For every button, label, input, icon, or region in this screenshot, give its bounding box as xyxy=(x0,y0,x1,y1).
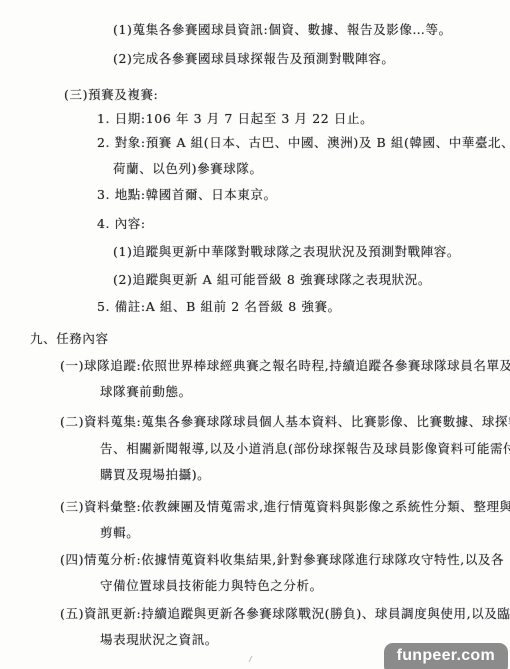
doc-line: (四)情蒐分析:依據情蒐資料收集結果,針對參賽球隊進行球隊攻守特性,以及各 xyxy=(60,550,504,568)
doc-line: (五)資訊更新:持續追蹤與更新各參賽球隊戰況(勝負)、球員調度與使用,以及臨 xyxy=(60,604,510,622)
doc-line: 4. 內容: xyxy=(97,214,146,232)
doc-line: (三)資料彙整:依教練團及情蒐需求,進行情蒐資料與影像之系統性分類、整理與 xyxy=(60,497,510,515)
doc-line: 1. 日期:106 年 3 月 7 日起至 3 月 22 日止。 xyxy=(97,109,373,127)
doc-line: (1)蒐集各參賽國球員資訊:個資、數據、報告及影像…等。 xyxy=(113,20,452,38)
page-number-fragment xyxy=(249,656,257,662)
doc-line: 2. 對象:預賽 A 組(日本、古巴、中國、澳洲)及 B 組(韓國、中華臺北、 xyxy=(97,133,510,151)
watermark-badge: funpeer.com xyxy=(384,643,508,669)
doc-line: (二)資料蒐集:蒐集各參賽球隊球員個人基本資料、比賽影像、比賽數據、球探報 xyxy=(60,412,510,430)
doc-line: 購買及現場拍攝)。 xyxy=(100,465,210,483)
doc-line: 場表現狀況之資訊。 xyxy=(100,630,218,648)
doc-line: 球隊賽前動態。 xyxy=(100,382,192,400)
section-heading: (三)預賽及複賽: xyxy=(64,85,158,103)
doc-line: 剪輯。 xyxy=(100,523,139,541)
doc-line: 告、相關新聞報導,以及小道消息(部份球探報告及球員影像資料可能需付費 xyxy=(100,439,510,457)
doc-line: 3. 地點:韓國首爾、日本東京。 xyxy=(97,185,277,203)
scanned-document-page: (1)蒐集各參賽國球員資訊:個資、數據、報告及影像…等。 (2)完成各參賽國球員… xyxy=(0,0,510,669)
doc-line: 荷蘭、以色列)參賽球隊。 xyxy=(113,159,263,177)
doc-line: (一)球隊追蹤:依照世界棒球經典賽之報名時程,持續追蹤各參賽球隊球員名單及 xyxy=(60,356,510,374)
doc-line: 5. 備註:A 組、B 組前 2 名晉級 8 強賽。 xyxy=(97,297,341,315)
doc-line: (1)追蹤與更新中華隊對戰球隊之表現狀況及預測對戰陣容。 xyxy=(113,242,460,260)
doc-line: 守備位置球員技術能力與特色之分析。 xyxy=(100,576,323,594)
doc-line: (2)追蹤與更新 A 組可能晉級 8 強賽球隊之表現狀況。 xyxy=(113,270,431,288)
doc-line: (2)完成各參賽國球員球探報告及預測對戰陣容。 xyxy=(113,49,395,67)
chapter-heading: 九、任務內容 xyxy=(30,329,109,347)
